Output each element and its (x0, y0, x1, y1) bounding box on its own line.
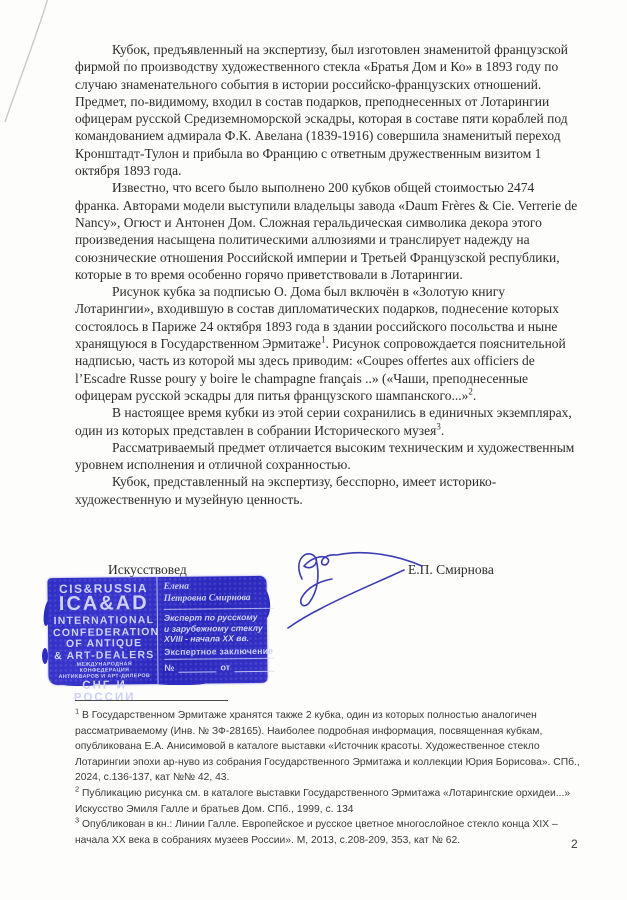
document-body: Кубок, предъявленный на экспертизу, был … (75, 41, 578, 508)
handwritten-signature (280, 543, 435, 638)
paragraph-6-text: Кубок, представленный на экспертизу, бес… (75, 474, 496, 506)
stamp-date-blank (234, 662, 274, 671)
footnote-2: 2 Публикацию рисунка см. в каталоге выст… (75, 786, 580, 817)
paragraph-4-text: В настоящее время кубки из этой серии со… (75, 405, 572, 437)
paragraph-3-period: . (473, 388, 476, 403)
stamp-date-label: от (220, 662, 230, 672)
paragraph-1: Кубок, предъявленный на экспертизу, был … (75, 41, 578, 179)
footnote-3: 3 Опубликован в кн.: Линии Галле. Европе… (75, 817, 580, 848)
paragraph-2: Известно, что всего было выполнено 200 к… (75, 179, 578, 283)
footnotes-section: 1 В Государственном Эрмитаже хранятся та… (75, 700, 580, 848)
signature-stroke-slash (288, 570, 404, 628)
stamp-doc-type-label: Экспертное заключение (164, 645, 274, 659)
paragraph-4-period: . (441, 423, 444, 438)
paragraph-5: Рассматриваемый предмет отличается высок… (75, 439, 578, 474)
signature-stroke-loop (301, 559, 332, 606)
paragraph-2-text: Известно, что всего было выполнено 200 к… (75, 180, 577, 281)
stamp-number-date-fields: № от (164, 661, 274, 672)
stamp-expert-role-line-3: XVIII - начала XX вв. (164, 633, 274, 645)
stamp-number-blank (178, 663, 216, 672)
footnote-1: 1 В Государственном Эрмитаже хранятся та… (75, 708, 580, 786)
footnote-1-text: В Государственном Эрмитаже хранятся такж… (75, 710, 580, 783)
paragraph-1-text: Кубок, предъявленный на экспертизу, был … (75, 42, 568, 178)
stamp-number-label: № (164, 662, 174, 672)
expert-organization-stamp: CIS&RUSSIA ICA&AD INTERNATIONAL CONFEDER… (47, 576, 267, 685)
stamp-divider (164, 608, 274, 610)
scanned-document-page: Кубок, предъявленный на экспертизу, был … (0, 0, 627, 900)
signatory-role-label: Искусствовед (108, 562, 187, 578)
stamp-expert-name-line-2: Петровна Смирнова (164, 592, 274, 605)
page-number: 2 (571, 837, 578, 851)
stamp-org-icaad: ICA&AD (53, 592, 155, 616)
paragraph-6: Кубок, представленный на экспертизу, бес… (75, 473, 578, 508)
scan-fold-line (5, 0, 48, 122)
paragraph-4: В настоящее время кубки из этой серии со… (75, 404, 578, 439)
stamp-org-column: CIS&RUSSIA ICA&AD INTERNATIONAL CONFEDER… (47, 577, 158, 685)
stamp-ink-smudge (42, 648, 48, 664)
stamp-org-line-ru-1: МЕЖДУНАРОДНАЯ КОНФЕДЕРАЦИЯ (53, 661, 155, 674)
footnote-2-text: Публикацию рисунка см. в каталоге выстав… (75, 788, 570, 815)
paragraph-3: Рисунок кубка за подписью О. Дома был вк… (75, 283, 578, 404)
stamp-expert-column: Елена Петровна Смирнова Эксперт по русск… (157, 576, 278, 684)
footnote-separator-rule (75, 700, 228, 701)
paragraph-5-text: Рассматриваемый предмет отличается высок… (75, 440, 574, 472)
footnote-3-text: Опубликован в кн.: Линии Галле. Европейс… (75, 819, 558, 846)
